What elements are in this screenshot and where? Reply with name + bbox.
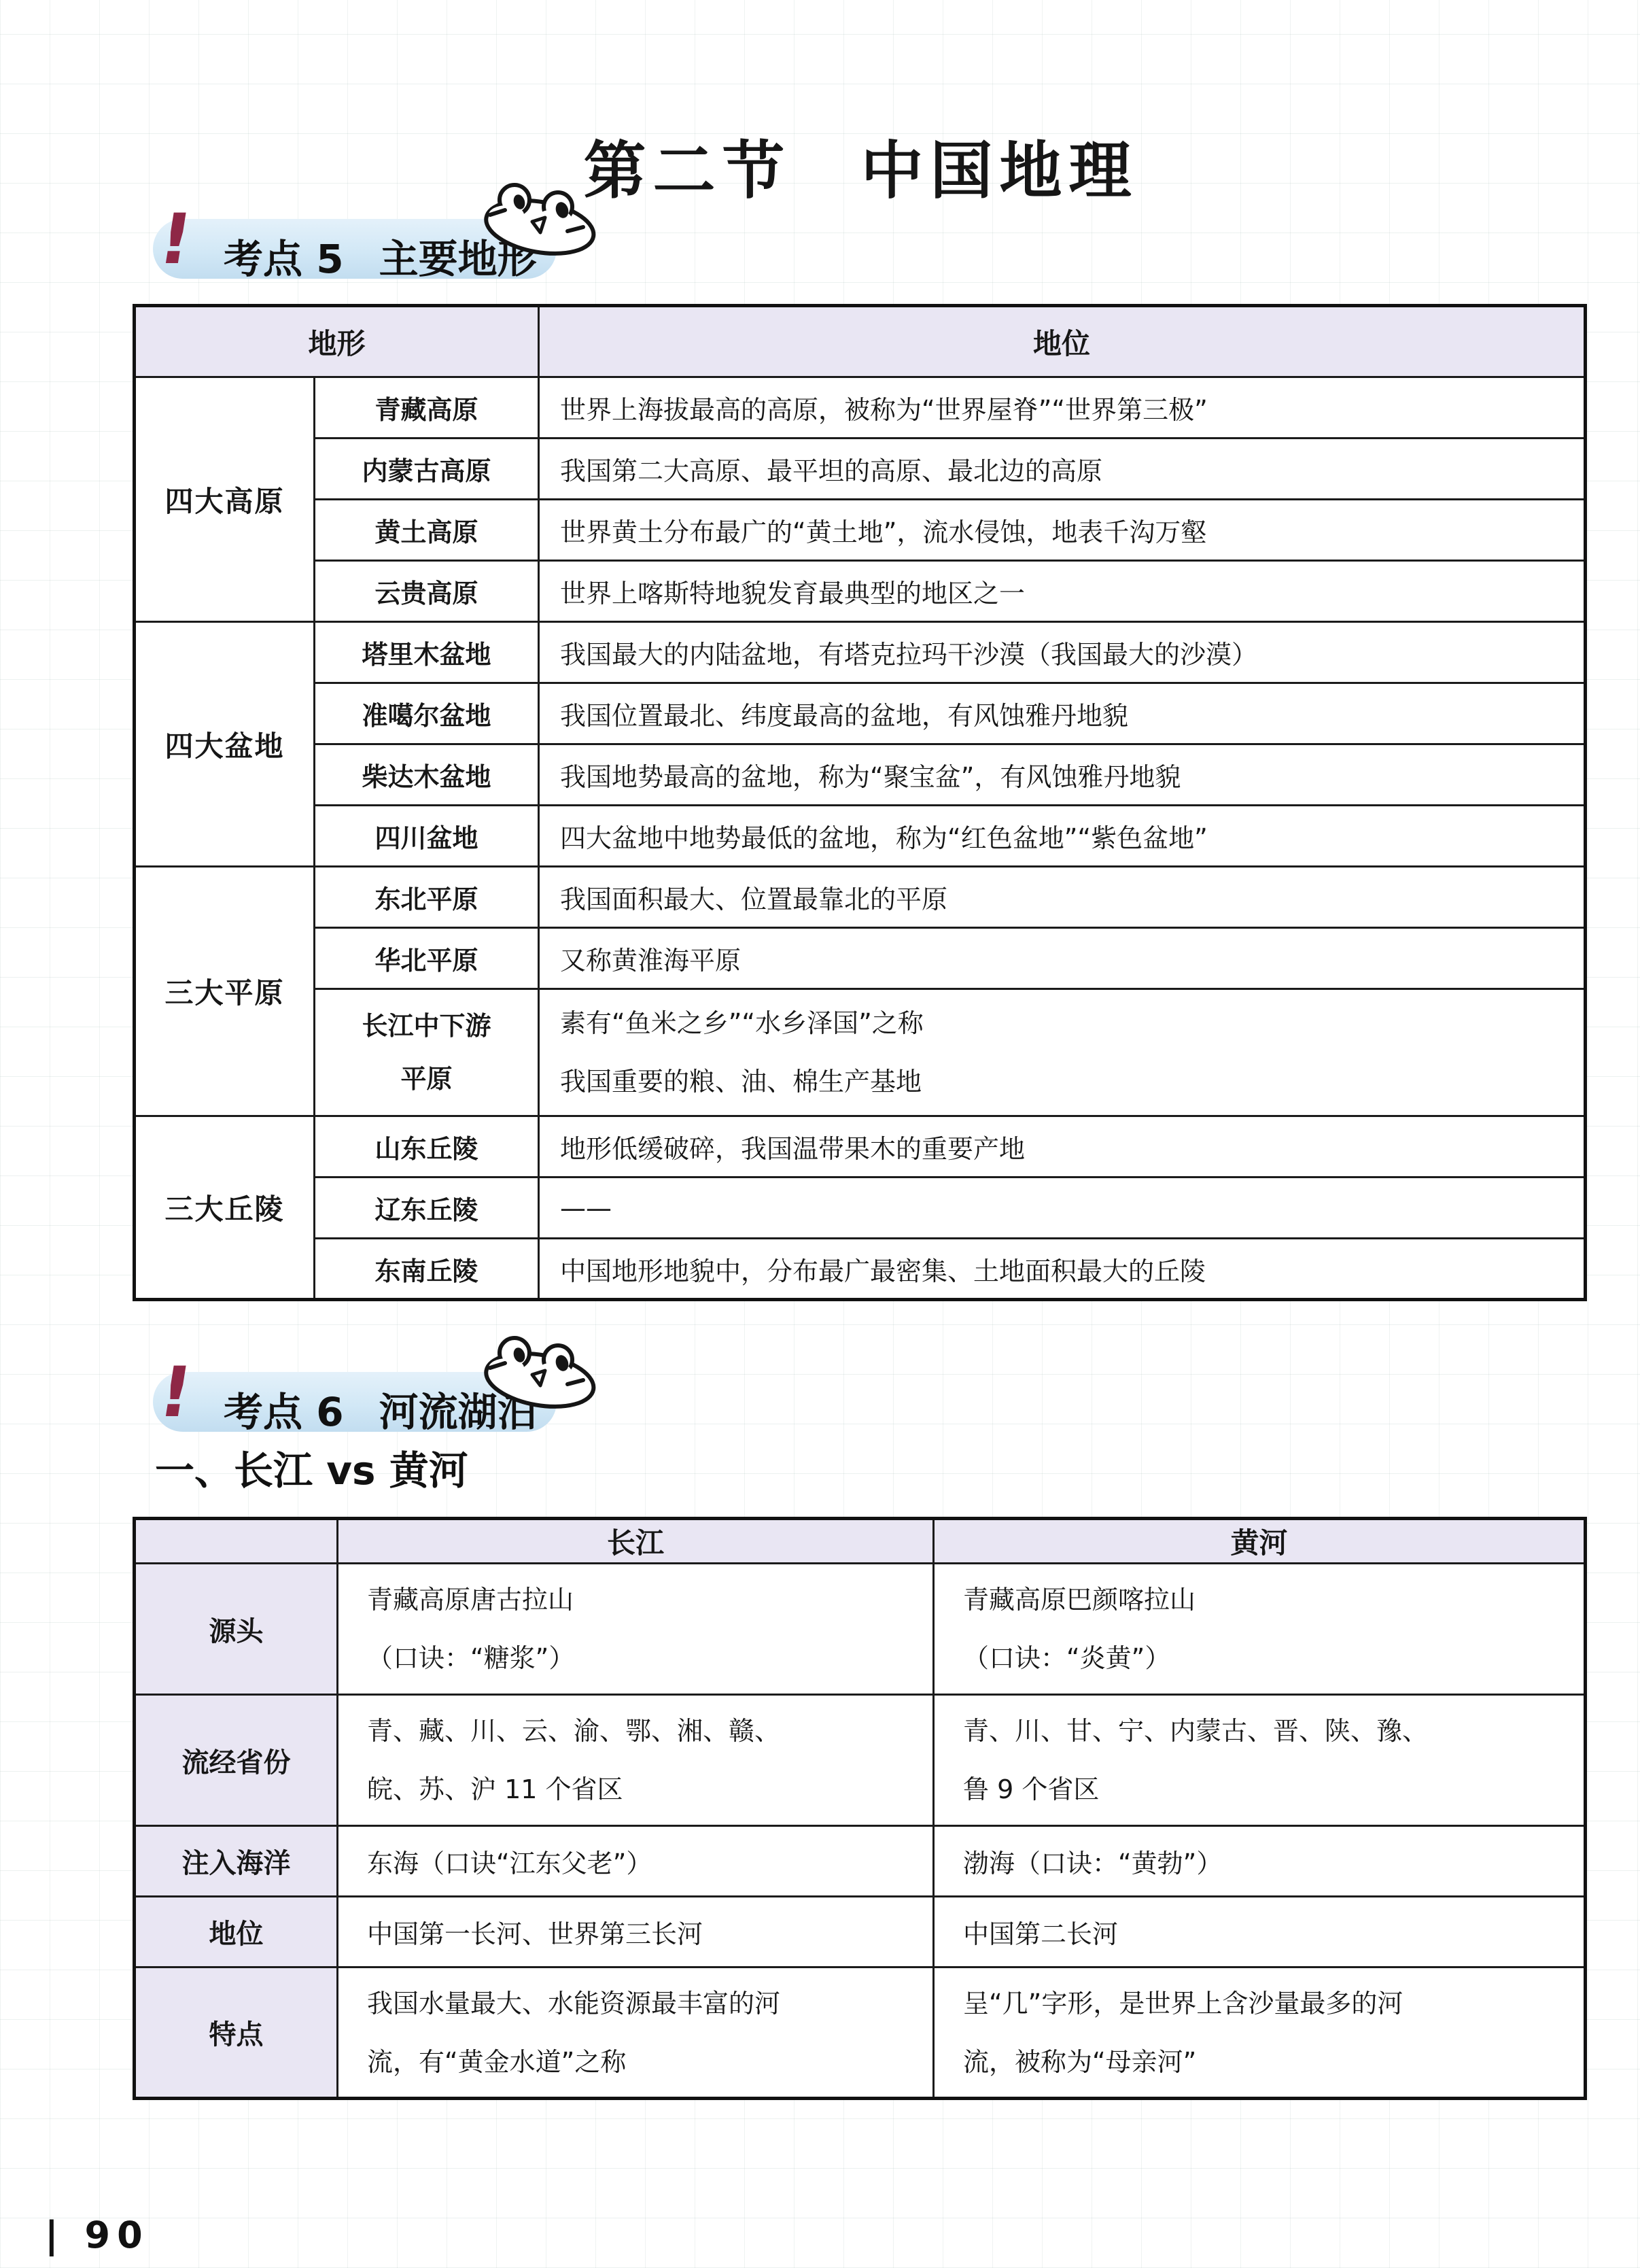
landform-name-cell: 东北平原 <box>315 867 539 928</box>
page-number: | 90 <box>45 2214 150 2256</box>
table-header-row: 长江 黄河 <box>135 1519 1586 1564</box>
row-label-cell: 源头 <box>135 1564 338 1695</box>
huanghe-cell: 中国第二长河 <box>934 1897 1586 1968</box>
landform-group-cell: 三大平原 <box>135 867 315 1116</box>
landform-desc-cell: 世界黄土分布最广的“黄土地”，流水侵蚀，地表千沟万壑 <box>539 500 1586 561</box>
table-row: 源头青藏高原唐古拉山（口诀：“糖浆”）青藏高原巴颜喀拉山（口诀：“炎黄”） <box>135 1564 1586 1695</box>
huanghe-cell: 渤海（口诀：“黄勃”） <box>934 1826 1586 1897</box>
col-header-changjiang: 长江 <box>338 1519 934 1564</box>
changjiang-cell: 青、藏、川、云、渝、鄂、湘、赣、皖、苏、沪 11 个省区 <box>338 1695 934 1826</box>
cell-line: 青藏高原巴颜喀拉山 <box>963 1570 1571 1629</box>
river-table-body: 源头青藏高原唐古拉山（口诀：“糖浆”）青藏高原巴颜喀拉山（口诀：“炎黄”）流经省… <box>135 1564 1586 2099</box>
landform-desc-cell: 我国第二大高原、最平坦的高原、最北边的高原 <box>539 439 1586 500</box>
cell-line: 平原 <box>319 1052 534 1105</box>
col-header-huanghe: 黄河 <box>934 1519 1586 1564</box>
landform-desc-cell: 又称黄淮海平原 <box>539 928 1586 989</box>
col-header-landform: 地形 <box>135 306 539 377</box>
cell-line: 青藏高原唐古拉山 <box>367 1570 920 1629</box>
landform-desc-cell: 素有“鱼米之乡”“水乡泽国”之称我国重要的粮、油、棉生产基地 <box>539 989 1586 1116</box>
topic-label: 考点 5 <box>224 236 344 282</box>
page-title: 第二节 中国地理 <box>0 121 1640 211</box>
table-row: 东南丘陵中国地形地貌中，分布最广最密集、土地面积最大的丘陵 <box>135 1239 1586 1300</box>
landform-desc-cell: 中国地形地貌中，分布最广最密集、土地面积最大的丘陵 <box>539 1239 1586 1300</box>
landform-name-cell: 塔里木盆地 <box>315 622 539 683</box>
cell-line: 流，有“黄金水道”之称 <box>367 2033 920 2091</box>
landform-name-cell: 准噶尔盆地 <box>315 683 539 744</box>
table-row: 注入海洋东海（口诀“江东父老”）渤海（口诀：“黄勃”） <box>135 1826 1586 1897</box>
landform-desc-cell: —— <box>539 1178 1586 1239</box>
table-row: 特点我国水量最大、水能资源最丰富的河流，有“黄金水道”之称呈“几”字形，是世界上… <box>135 1968 1586 2099</box>
table-row: 三大平原东北平原我国面积最大、位置最靠北的平原 <box>135 867 1586 928</box>
landform-name-cell: 内蒙古高原 <box>315 439 539 500</box>
landform-table-body: 四大高原青藏高原世界上海拔最高的高原，被称为“世界屋脊”“世界第三极”内蒙古高原… <box>135 377 1586 1300</box>
cell-line: 我国重要的粮、油、棉生产基地 <box>560 1052 1570 1111</box>
subheading-changjiang-vs-huanghe: 一、长江 vs 黄河 <box>155 1439 468 1496</box>
changjiang-cell: 青藏高原唐古拉山（口诀：“糖浆”） <box>338 1564 934 1695</box>
landform-name-cell: 青藏高原 <box>315 377 539 439</box>
landform-name-cell: 四川盆地 <box>315 806 539 867</box>
landform-group-cell: 四大盆地 <box>135 622 315 867</box>
row-label-cell: 地位 <box>135 1897 338 1968</box>
table-row: 内蒙古高原我国第二大高原、最平坦的高原、最北边的高原 <box>135 439 1586 500</box>
table-row: 柴达木盆地我国地势最高的盆地，称为“聚宝盆”，有风蚀雅丹地貌 <box>135 744 1586 806</box>
landform-desc-cell: 地形低缓破碎，我国温带果木的重要产地 <box>539 1116 1586 1178</box>
landform-name-cell: 长江中下游平原 <box>315 989 539 1116</box>
table-header-row: 地形 地位 <box>135 306 1586 377</box>
landform-name-cell: 山东丘陵 <box>315 1116 539 1178</box>
notebook-page: { "page": { "title": "第二节 中国地理", "page_n… <box>0 0 1640 2268</box>
table-row: 四大高原青藏高原世界上海拔最高的高原，被称为“世界屋脊”“世界第三极” <box>135 377 1586 439</box>
frog-doodle-icon <box>472 1331 608 1415</box>
table-row: 流经省份青、藏、川、云、渝、鄂、湘、赣、皖、苏、沪 11 个省区青、川、甘、宁、… <box>135 1695 1586 1826</box>
cell-line: 青、川、甘、宁、内蒙古、晋、陕、豫、 <box>963 1702 1571 1760</box>
table-row: 云贵高原世界上喀斯特地貌发育最典型的地区之一 <box>135 561 1586 622</box>
topic-header-6: ! 考点 6河流湖泊 <box>153 1357 765 1452</box>
changjiang-cell: 我国水量最大、水能资源最丰富的河流，有“黄金水道”之称 <box>338 1968 934 2099</box>
landform-desc-cell: 我国地势最高的盆地，称为“聚宝盆”，有风蚀雅丹地貌 <box>539 744 1586 806</box>
topic-label: 考点 6 <box>224 1389 344 1435</box>
landform-group-cell: 三大丘陵 <box>135 1116 315 1300</box>
landform-name-cell: 华北平原 <box>315 928 539 989</box>
frog-doodle-icon <box>472 178 608 262</box>
landform-desc-cell: 世界上喀斯特地貌发育最典型的地区之一 <box>539 561 1586 622</box>
table-row: 长江中下游平原素有“鱼米之乡”“水乡泽国”之称我国重要的粮、油、棉生产基地 <box>135 989 1586 1116</box>
landform-desc-cell: 我国面积最大、位置最靠北的平原 <box>539 867 1586 928</box>
cell-line: 素有“鱼米之乡”“水乡泽国”之称 <box>560 994 1570 1052</box>
table-row: 准噶尔盆地我国位置最北、纬度最高的盆地，有风蚀雅丹地貌 <box>135 683 1586 744</box>
landform-name-cell: 云贵高原 <box>315 561 539 622</box>
cell-line: （口诀：“糖浆”） <box>367 1629 920 1687</box>
table-row: 黄土高原世界黄土分布最广的“黄土地”，流水侵蚀，地表千沟万壑 <box>135 500 1586 561</box>
changjiang-cell: 中国第一长河、世界第三长河 <box>338 1897 934 1968</box>
landform-name-cell: 黄土高原 <box>315 500 539 561</box>
table-row: 地位中国第一长河、世界第三长河中国第二长河 <box>135 1897 1586 1968</box>
landform-table: 地形 地位 四大高原青藏高原世界上海拔最高的高原，被称为“世界屋脊”“世界第三极… <box>133 304 1587 1301</box>
huanghe-cell: 呈“几”字形，是世界上含沙量最多的河流，被称为“母亲河” <box>934 1968 1586 2099</box>
landform-name-cell: 辽东丘陵 <box>315 1178 539 1239</box>
landform-desc-cell: 四大盆地中地势最低的盆地，称为“红色盆地”“紫色盆地” <box>539 806 1586 867</box>
table-row: 华北平原又称黄淮海平原 <box>135 928 1586 989</box>
row-label-cell: 特点 <box>135 1968 338 2099</box>
table-row: 辽东丘陵—— <box>135 1178 1586 1239</box>
cell-line: 皖、苏、沪 11 个省区 <box>367 1760 920 1819</box>
cell-line: 青、藏、川、云、渝、鄂、湘、赣、 <box>367 1702 920 1760</box>
cell-line: 呈“几”字形，是世界上含沙量最多的河 <box>963 1974 1571 2033</box>
river-table: 长江 黄河 源头青藏高原唐古拉山（口诀：“糖浆”）青藏高原巴颜喀拉山（口诀：“炎… <box>133 1517 1587 2100</box>
col-header-status: 地位 <box>539 306 1586 377</box>
landform-name-cell: 柴达木盆地 <box>315 744 539 806</box>
landform-desc-cell: 世界上海拔最高的高原，被称为“世界屋脊”“世界第三极” <box>539 377 1586 439</box>
landform-group-cell: 四大高原 <box>135 377 315 622</box>
cell-line: 鲁 9 个省区 <box>963 1760 1571 1819</box>
row-label-cell: 注入海洋 <box>135 1826 338 1897</box>
table-row: 三大丘陵山东丘陵地形低缓破碎，我国温带果木的重要产地 <box>135 1116 1586 1178</box>
cell-line: 我国水量最大、水能资源最丰富的河 <box>367 1974 920 2033</box>
corner-blank-cell <box>135 1519 338 1564</box>
row-label-cell: 流经省份 <box>135 1695 338 1826</box>
topic-header-5: ! 考点 5主要地形 <box>153 204 765 299</box>
cell-line: 流，被称为“母亲河” <box>963 2033 1571 2091</box>
landform-name-cell: 东南丘陵 <box>315 1239 539 1300</box>
landform-desc-cell: 我国位置最北、纬度最高的盆地，有风蚀雅丹地貌 <box>539 683 1586 744</box>
huanghe-cell: 青、川、甘、宁、内蒙古、晋、陕、豫、鲁 9 个省区 <box>934 1695 1586 1826</box>
table-row: 四川盆地四大盆地中地势最低的盆地，称为“红色盆地”“紫色盆地” <box>135 806 1586 867</box>
changjiang-cell: 东海（口诀“江东父老”） <box>338 1826 934 1897</box>
table-row: 四大盆地塔里木盆地我国最大的内陆盆地，有塔克拉玛干沙漠（我国最大的沙漠） <box>135 622 1586 683</box>
landform-desc-cell: 我国最大的内陆盆地，有塔克拉玛干沙漠（我国最大的沙漠） <box>539 622 1586 683</box>
cell-line: 长江中下游 <box>319 999 534 1052</box>
huanghe-cell: 青藏高原巴颜喀拉山（口诀：“炎黄”） <box>934 1564 1586 1695</box>
cell-line: （口诀：“炎黄”） <box>963 1629 1571 1687</box>
